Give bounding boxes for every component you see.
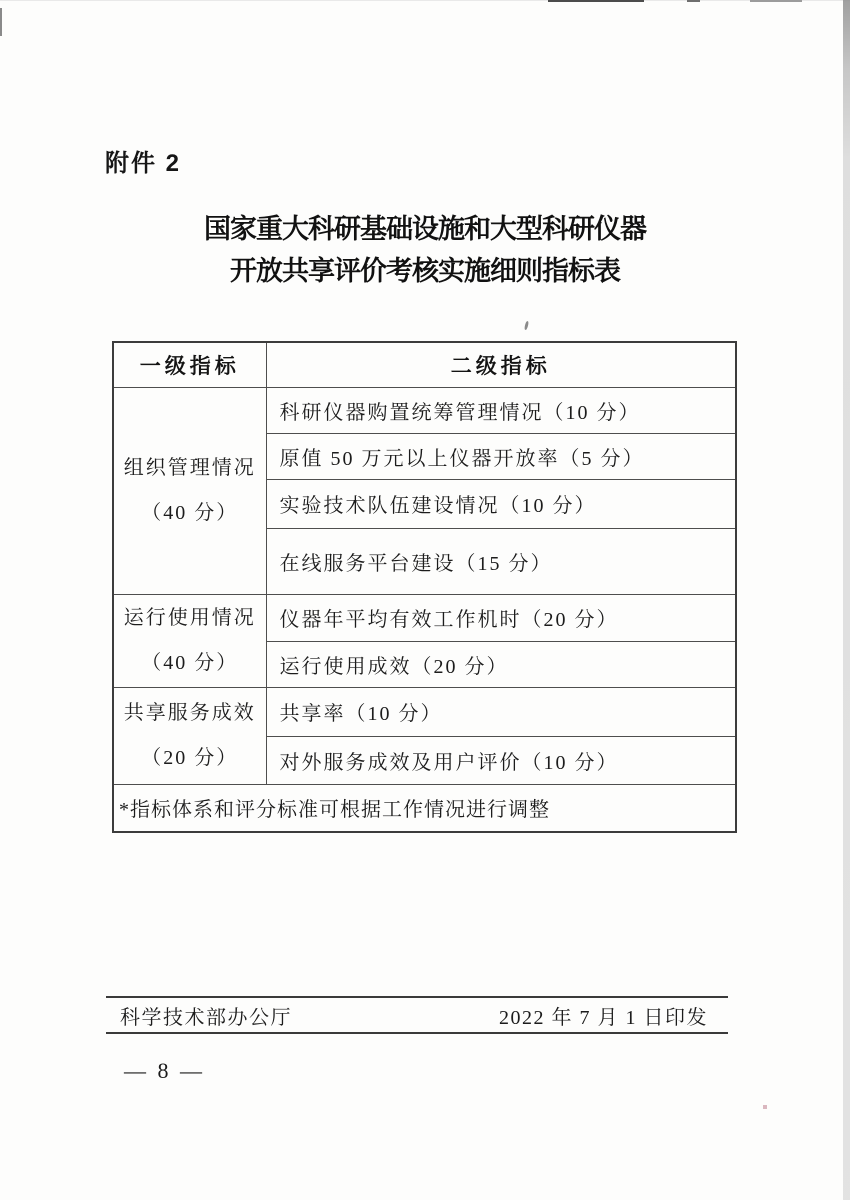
page-number: — 8 — (124, 1058, 205, 1084)
column-header-level2: 二级指标 (266, 342, 736, 387)
table-row: 组织管理情况 （40 分） 科研仪器购置统筹管理情况（10 分） (113, 387, 736, 433)
level2-cell: 共享率（10 分） (266, 687, 736, 736)
level1-cell-organization: 组织管理情况 （40 分） (113, 387, 266, 594)
scan-artifact-top-edge (687, 0, 700, 2)
document-title-line2: 开放共享评价考核实施细则指标表 (0, 250, 850, 292)
level1-name: 运行使用情况 (114, 596, 266, 641)
table-header-row: 一级指标 二级指标 (113, 342, 736, 387)
level1-name: 共享服务成效 (114, 691, 266, 736)
scan-artifact-left-edge (0, 8, 2, 36)
issuing-office: 科学技术部办公厅 (120, 1001, 292, 1030)
scan-artifact-top-edge (548, 0, 644, 2)
level2-cell: 在线服务平台建设（15 分） (266, 528, 736, 594)
issue-date: 2022 年 7 月 1 日印发 (499, 1001, 708, 1030)
level1-cell-sharing: 共享服务成效 （20 分） (113, 687, 266, 784)
level1-cell-operation: 运行使用情况 （40 分） (113, 594, 266, 687)
table-row: 共享服务成效 （20 分） 共享率（10 分） (113, 687, 736, 736)
table-note-row: *指标体系和评分标准可根据工作情况进行调整 (113, 784, 736, 832)
level1-score: （40 分） (114, 641, 266, 686)
level2-cell: 科研仪器购置统筹管理情况（10 分） (266, 387, 736, 433)
level1-score: （20 分） (114, 736, 266, 781)
table-row: 运行使用情况 （40 分） 仪器年平均有效工作机时（20 分） (113, 594, 736, 641)
scan-artifact-right-edge (843, 0, 850, 1200)
attachment-label: 附件 2 (105, 143, 181, 178)
level1-name: 组织管理情况 (114, 446, 266, 491)
level2-cell: 运行使用成效（20 分） (266, 641, 736, 687)
level2-cell: 实验技术队伍建设情况（10 分） (266, 479, 736, 528)
level2-cell: 对外服务成效及用户评价（10 分） (266, 736, 736, 784)
scan-artifact-top-edge (750, 0, 802, 2)
scan-artifact-stray-mark (524, 321, 529, 330)
document-title-line1: 国家重大科研基础设施和大型科研仪器 (0, 208, 850, 250)
colophon: 科学技术部办公厅 2022 年 7 月 1 日印发 (106, 996, 728, 1034)
level2-cell: 原值 50 万元以上仪器开放率（5 分） (266, 433, 736, 479)
document-title: 国家重大科研基础设施和大型科研仪器 开放共享评价考核实施细则指标表 (0, 208, 850, 292)
scan-artifact-speck (763, 1105, 767, 1109)
level2-cell: 仪器年平均有效工作机时（20 分） (266, 594, 736, 641)
table-note: *指标体系和评分标准可根据工作情况进行调整 (113, 784, 736, 832)
level1-score: （40 分） (114, 491, 266, 536)
scanned-document-page: { "page": { "attachment_label": "附件 2", … (0, 0, 850, 1200)
indicator-table: 一级指标 二级指标 组织管理情况 （40 分） 科研仪器购置统筹管理情况（10 … (112, 341, 737, 833)
scan-artifact-top-hairline (0, 0, 850, 1)
column-header-level1: 一级指标 (113, 342, 266, 387)
